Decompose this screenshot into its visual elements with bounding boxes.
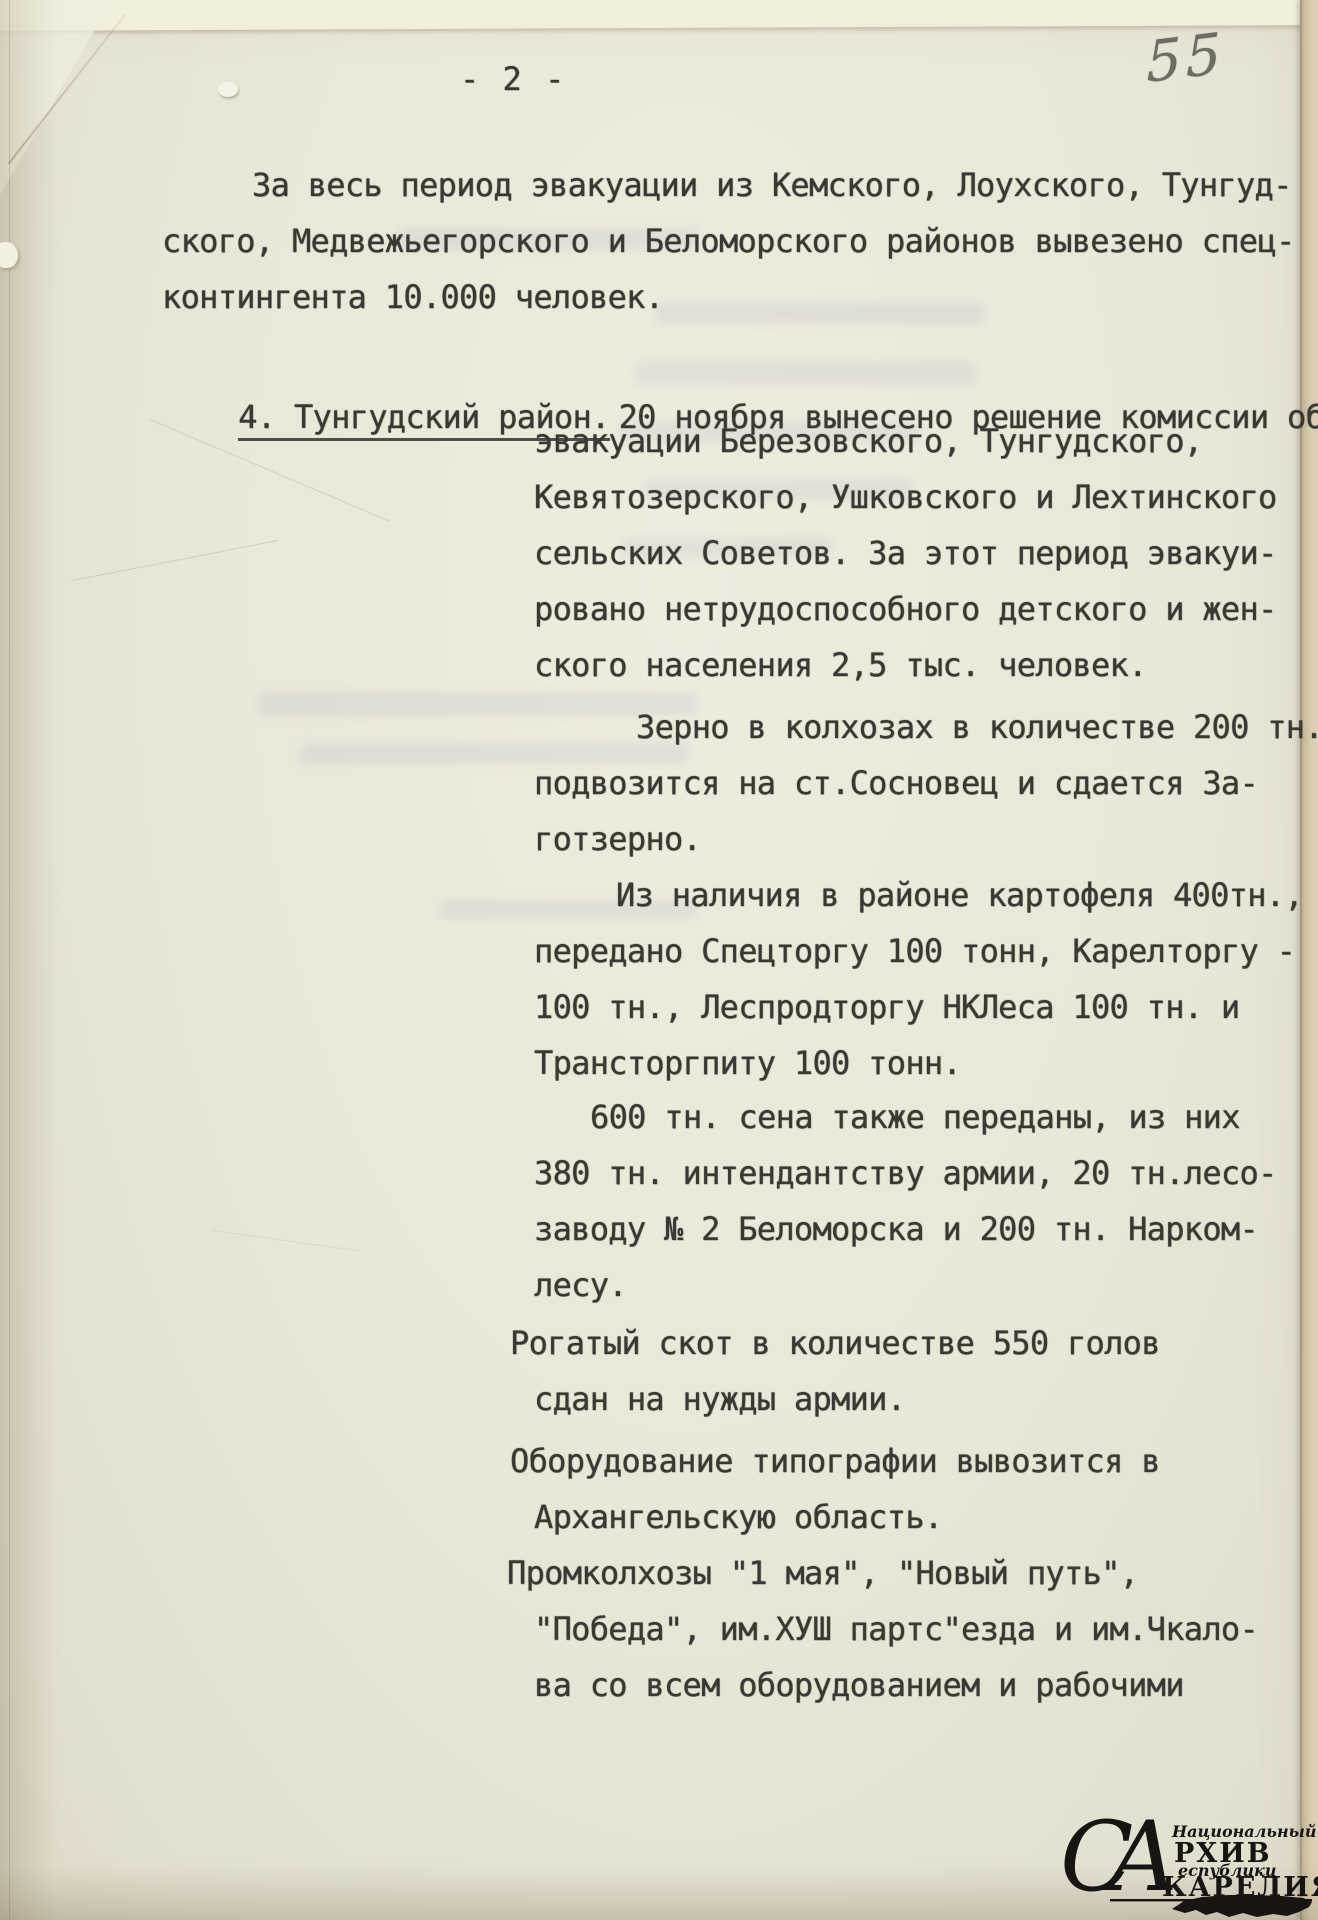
- paper-left-crease: [9, 0, 10, 1920]
- text-line: ва со всем оборудованием и рабочими: [534, 1668, 1184, 1702]
- paper-top-edge: [0, 0, 1318, 31]
- page-number-pencil: 55: [1146, 21, 1226, 96]
- ink-bleed-smudge: [654, 302, 986, 324]
- ink-bleed-smudge: [299, 742, 691, 764]
- text-line: заводу № 2 Беломорска и 200 тн. Нарком-: [534, 1212, 1258, 1246]
- text-line: 380 тн. интендантству армии, 20 тн.лесо-: [534, 1156, 1277, 1190]
- text-line: ского, Медвежьегорского и Беломорского р…: [162, 224, 1295, 258]
- text-line: Рогатый скот в количестве 550 голов: [510, 1326, 1160, 1360]
- scanned-document-page: - 2 - 55 4. Тунгудский район.20 ноября в…: [0, 0, 1318, 1920]
- page-number-typed: - 2 -: [460, 62, 566, 96]
- paper-right-edge: [1300, 0, 1318, 1920]
- text-line: эвакуации Березовского, Тунгудского,: [534, 424, 1202, 458]
- text-line: ровано нетрудоспособного детского и жен-: [534, 592, 1277, 626]
- text-line: сдан на нужды армии.: [534, 1382, 905, 1416]
- text-line: Кевятозерского, Ушковского и Лехтинского: [534, 480, 1277, 514]
- ink-bleed-smudge: [257, 692, 699, 716]
- text-line: лесу.: [534, 1268, 627, 1302]
- text-line: "Победа", им.ХУШ партс"езда и им.Чкало-: [534, 1612, 1258, 1646]
- text-line: 100 тн., Леспродторгу НКЛеса 100 тн. и: [534, 990, 1240, 1024]
- text-line: Зерно в колхозах в количестве 200 тн.: [636, 710, 1318, 744]
- text-line: За весь период эвакуации из Кемского, Ло…: [252, 168, 1292, 202]
- paper-scratch: [211, 1230, 360, 1252]
- text-line: Оборудование типографии вывозится в: [510, 1444, 1160, 1478]
- text-line: ского населения 2,5 тыс. человек.: [534, 648, 1147, 682]
- paper-scratch: [72, 540, 278, 581]
- text-line: Трансторгпиту 100 тонн.: [534, 1046, 961, 1080]
- text-line: передано Спецторгу 100 тонн, Карелторгу …: [534, 934, 1295, 968]
- text-line: подвозится на ст.Сосновец и сдается За-: [534, 766, 1258, 800]
- text-line: готзерно.: [534, 822, 701, 856]
- text-line: контингента 10.000 человек.: [162, 280, 663, 314]
- text-line: Архангельскую область.: [534, 1500, 942, 1534]
- text-line: Из наличия в районе картофеля 400тн.,: [616, 878, 1303, 912]
- paper-blemish: [218, 82, 238, 97]
- text-line: 600 тн. сена также переданы, из них: [590, 1100, 1240, 1134]
- text-line: сельских Советов. За этот период эвакуи-: [534, 536, 1277, 570]
- archive-watermark: С А Национальный РХИВ еспублики КАРЕЛИЯ: [1060, 1812, 1318, 1920]
- text-line: Промколхозы "1 мая", "Новый путь",: [507, 1556, 1138, 1590]
